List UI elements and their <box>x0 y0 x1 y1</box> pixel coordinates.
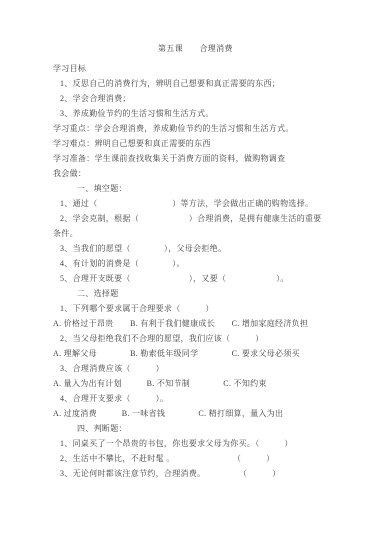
section-heading: 一、填空题： <box>0 181 382 196</box>
list-item: 2、生活中不攀比，不赶时髦 。 （ ） <box>0 451 382 466</box>
list-item: 2、当父母拒绝我们不合理的愿望，我们应该（ ） <box>0 331 382 346</box>
list-item: 5、合理开支既要（ ），又要（ ）。 <box>0 271 382 286</box>
section-heading: 二、选择题 <box>0 286 382 301</box>
list-item: 4、有计划的消费是（ ）。 <box>0 256 382 271</box>
list-item: 1、下列哪个要求属于合理要求（ ） <box>0 301 382 316</box>
paragraph: A. 过度消费 B. 一味省钱 C. 精打细算，量入为出 <box>0 406 382 421</box>
paragraph: A. 价格过于昂贵 B. 有利于我们健康成长 C. 增加家庭经济负担 <box>0 316 382 331</box>
paragraph: 学习重点：学会合理消费，养成勤俭节约的生活习惯和生活方式。 <box>0 121 382 136</box>
list-item: 3、合理消费应该（ ） <box>0 361 382 376</box>
list-item: 3、无论何时都该注意节约，合理消费。 （ ） <box>0 466 382 481</box>
document-title: 第五课 合理消费 <box>0 41 382 56</box>
document-page: 第五课 合理消费 学习目标1、反思自己的消费行为，辨明自己想要和真正需要的东西；… <box>0 0 382 540</box>
list-item: 1、通过（ ）等方法，学会做出正确的购物选择。 <box>0 196 382 211</box>
paragraph: 我会做： <box>0 166 382 181</box>
paragraph: 学习目标 <box>0 61 382 76</box>
paragraph: A. 理解父母 B. 勒索低年级同学 C. 要求父母必须买 <box>0 346 382 361</box>
list-item: 2、学会合理消费； <box>0 91 382 106</box>
list-item: 4、合理开支要求（ ）。 <box>0 391 382 406</box>
paragraph: A. 量入为出有计划 B. 不知节制 C. 不知约束 <box>0 376 382 391</box>
list-item: 1、反思自己的消费行为，辨明自己想要和真正需要的东西； <box>0 76 382 91</box>
paragraph: 学习难点：辨明自己想要和真正需要的东西 <box>0 136 382 151</box>
list-item: 1、同桌买了一个昂贵的书包，你也要求父母为你买。（ ） <box>0 436 382 451</box>
list-item: 2、学会克制，根据（ ）合理消费，是拥有健康生活的重要 <box>0 211 382 226</box>
document-body: 学习目标1、反思自己的消费行为，辨明自己想要和真正需要的东西；2、学会合理消费；… <box>0 61 382 481</box>
paragraph: 条件。 <box>0 226 382 241</box>
paragraph: 学习准备：学生课前查找收集关于消费方面的资料，做购物调查 <box>0 151 382 166</box>
section-heading: 四、判断题： <box>0 421 382 436</box>
list-item: 3、当我们的愿望（ ），父母会拒绝。 <box>0 241 382 256</box>
list-item: 3、养成勤俭节约的生活习惯和生活方式。 <box>0 106 382 121</box>
